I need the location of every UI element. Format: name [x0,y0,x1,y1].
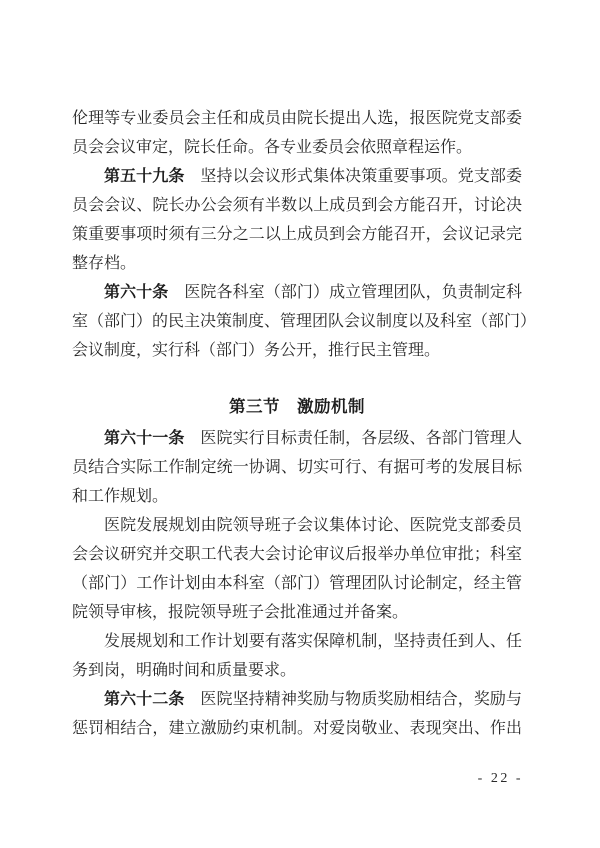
page-number: - 22 - [478,770,523,788]
text-line: 发展规划和工作计划要有落实保障机制，坚持责任到人、任 [72,627,522,656]
line-text: 医院各科室（部门）成立管理团队，负责制定科 [184,284,522,301]
line-text: （部门）工作计划由本科室（部门）管理团队讨论制定，经主管 [72,575,522,592]
text-line: 策重要事项时须有三分之二以上成员到会方能召开，会议记录完 [72,220,522,249]
text-line: 务到岗，明确时间和质量要求。 [72,656,522,685]
document-page: 伦理等专业委员会主任和成员由院长提出人选，报医院党支部委员会会议审定，院长任命。… [0,0,600,848]
line-text: 员会会议审定，院长任命。各专业委员会依照章程运作。 [72,139,472,156]
line-text: 发展规划和工作计划要有落实保障机制，坚持责任到人、任 [104,633,522,650]
text-line: 员会会议、院长办公会须有半数以上成员到会方能召开，讨论决 [72,191,522,220]
text-line: 员结合实际工作制定统一协调、切实可行、有据可考的发展目标 [72,453,522,482]
article-number: 第五十九条 [104,168,184,185]
line-text: 医院实行目标责任制，各层级、各部门管理人 [200,430,522,447]
article-number: 第六十一条 [104,430,184,447]
text-line: 院领导审核，报院领导班子会批准通过并备案。 [72,598,522,627]
line-text: 整存档。 [72,255,136,272]
line-text: 务到岗，明确时间和质量要求。 [72,662,296,679]
text-line: 医院发展规划由院领导班子会议集体讨论、医院党支部委员 [72,511,522,540]
line-text: 坚持以会议形式集体决策重要事项。党支部委 [200,168,522,185]
text-line: 第六十一条医院实行目标责任制，各层级、各部门管理人 [72,424,522,453]
text-line: 会议制度，实行科（部门）务公开，推行民主管理。 [72,336,522,365]
line-text: 和工作规划。 [72,488,168,505]
line-text: 员结合实际工作制定统一协调、切实可行、有据可考的发展目标 [72,459,522,476]
line-text: 策重要事项时须有三分之二以上成员到会方能召开，会议记录完 [72,226,522,243]
line-text: 伦理等专业委员会主任和成员由院长提出人选，报医院党支部委 [72,110,522,127]
line-text: 惩罚相结合，建立激励约束机制。对爱岗敬业、表现突出、作出 [72,720,522,737]
line-text: 会议制度，实行科（部门）务公开，推行民主管理。 [72,342,440,359]
article-number: 第六十条 [104,284,168,301]
text-line: 惩罚相结合，建立激励约束机制。对爱岗敬业、表现突出、作出 [72,714,522,743]
line-text: 院领导审核，报院领导班子会批准通过并备案。 [72,604,408,621]
text-line: 整存档。 [72,249,522,278]
text-line: 员会会议审定，院长任命。各专业委员会依照章程运作。 [72,133,522,162]
text-block: 伦理等专业委员会主任和成员由院长提出人选，报医院党支部委员会会议审定，院长任命。… [72,104,522,743]
line-text: 医院发展规划由院领导班子会议集体讨论、医院党支部委员 [104,517,522,534]
section-heading: 第三节 激励机制 [72,392,522,421]
text-line: 室（部门）的民主决策制度、管理团队会议制度以及科室（部门） [72,307,522,336]
line-text: 会会议研究并交职工代表大会讨论审议后报举办单位审批；科室 [72,546,522,563]
text-line: 第六十条医院各科室（部门）成立管理团队，负责制定科 [72,278,522,307]
line-text: 医院坚持精神奖励与物质奖励相结合，奖励与 [200,691,522,708]
text-line: 第六十二条医院坚持精神奖励与物质奖励相结合，奖励与 [72,685,522,714]
text-line: 和工作规划。 [72,482,522,511]
line-text: 员会会议、院长办公会须有半数以上成员到会方能召开，讨论决 [72,197,522,214]
text-line: 伦理等专业委员会主任和成员由院长提出人选，报医院党支部委 [72,104,522,133]
line-text: 室（部门）的民主决策制度、管理团队会议制度以及科室（部门） [72,313,536,330]
text-line: 第五十九条坚持以会议形式集体决策重要事项。党支部委 [72,162,522,191]
text-line: 会会议研究并交职工代表大会讨论审议后报举办单位审批；科室 [72,540,522,569]
article-number: 第六十二条 [104,691,184,708]
text-line: （部门）工作计划由本科室（部门）管理团队讨论制定，经主管 [72,569,522,598]
